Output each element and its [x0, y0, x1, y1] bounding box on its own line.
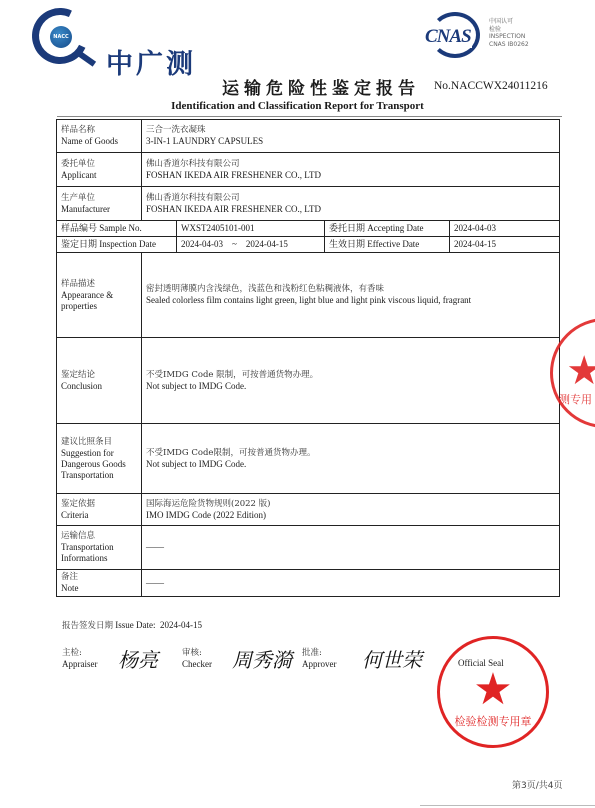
row-conclusion: 鉴定结论 Conclusion 不受IMDG Code 限制，可按普通货物办理。… [57, 338, 560, 424]
label-cn: 备注 [61, 572, 137, 583]
issue-date: 报告签发日期 Issue Date: 2024-04-15 [62, 619, 202, 631]
report-table: 样品名称 Name of Goods 三合一洗衣凝珠 3-IN-1 LAUNDR… [56, 119, 560, 597]
footer-divider [420, 805, 595, 806]
row-note: 备注 Note —— [57, 570, 560, 597]
label-cell: 鉴定依据 Criteria [57, 494, 142, 526]
label-cn: 建议比照条目 [61, 437, 137, 448]
applicant-cn: 佛山香道尔科技有限公司 [146, 159, 555, 170]
label-cell: 委托单位 Applicant [57, 153, 142, 187]
label-cn: 委托单位 [61, 159, 137, 170]
applicant-en: FOSHAN IKEDA AIR FRESHENER CO., LTD [146, 170, 555, 181]
label-en: properties [61, 301, 137, 312]
label-en: Note [61, 583, 137, 594]
checker-signature: 周秀漪 [232, 644, 292, 673]
cnas-line: 中国认可 [489, 18, 529, 26]
goods-name-cn: 三合一洗衣凝珠 [146, 125, 555, 136]
label-en: Conclusion [61, 381, 137, 392]
sample-no-value: WXST2405101-001 [177, 221, 325, 237]
appearance-en: Sealed colorless film contains light gre… [146, 295, 555, 306]
accepting-date-value: 2024-04-03 [450, 221, 560, 237]
row-sample-no: 样品编号 Sample No. WXST2405101-001 委托日期 Acc… [57, 221, 560, 237]
inspection-date-from: 2024-04-03 [181, 239, 223, 249]
label-cell: 生产单位 Manufacturer [57, 187, 142, 221]
label-cn: 生产单位 [61, 193, 137, 204]
cnas-logo: CNAS 中国认可 检验 INSPECTION CNAS IB0262 [422, 10, 552, 60]
appraiser-label: 主检: Appraiser [62, 648, 98, 670]
issue-date-label-en: Issue Date: [115, 620, 155, 630]
cnas-line: INSPECTION [489, 33, 529, 41]
approver-label: 批准: Approver [302, 648, 337, 670]
inspection-date-value: 2024-04-03 ~ 2024-04-15 [177, 237, 325, 253]
criteria-cn: 国际海运危险货物规则(2022 版) [146, 499, 555, 510]
value-cell: 不受IMDG Code 限制，可按普通货物办理。 Not subject to … [142, 338, 560, 424]
label-en: Suggestion for [61, 448, 137, 459]
label-cn: 鉴定依据 [61, 499, 137, 510]
note-value: —— [142, 570, 560, 597]
suggestion-en: Not subject to IMDG Code. [146, 459, 555, 470]
appearance-cn: 密封透明薄膜内含浅绿色，浅蓝色和浅粉红色粘稠液体，有香味 [146, 284, 555, 295]
suggestion-cn: 不受IMDG Code限制，可按普通货物办理。 [146, 448, 555, 459]
label-en: Appraiser [62, 659, 98, 669]
label-en: Informations [61, 553, 137, 564]
page-number: 第3页/共4页 [512, 778, 563, 791]
label-cell: 建议比照条目 Suggestion for Dangerous Goods Tr… [57, 424, 142, 494]
label-en: Dangerous Goods [61, 459, 137, 470]
row-appearance: 样品描述 Appearance & properties 密封透明薄膜内含浅绿色… [57, 253, 560, 338]
cnas-mark: CNAS [424, 26, 472, 48]
report-number: No.NACCWX24011216 [434, 80, 548, 92]
label-cn: 运输信息 [61, 531, 137, 542]
label-en: Criteria [61, 510, 137, 521]
conclusion-en: Not subject to IMDG Code. [146, 381, 555, 392]
cnas-meta: 中国认可 检验 INSPECTION CNAS IB0262 [489, 18, 529, 48]
label-en: Applicant [61, 170, 137, 181]
label-cell: 样品名称 Name of Goods [57, 120, 142, 153]
label-cn: 批准: [302, 648, 337, 659]
cnas-line: CNAS IB0262 [489, 41, 529, 49]
official-seal-label: Official Seal [458, 658, 504, 668]
row-suggestion: 建议比照条目 Suggestion for Dangerous Goods Tr… [57, 424, 560, 494]
label-cn: 鉴定结论 [61, 370, 137, 381]
value-cell: 佛山香道尔科技有限公司 FOSHAN IKEDA AIR FRESHENER C… [142, 187, 560, 221]
label-en: Manufacturer [61, 204, 137, 215]
effective-date-value: 2024-04-15 [450, 237, 560, 253]
manufacturer-cn: 佛山香道尔科技有限公司 [146, 193, 555, 204]
cnas-line: 检验 [489, 26, 529, 34]
row-name-of-goods: 样品名称 Name of Goods 三合一洗衣凝珠 3-IN-1 LAUNDR… [57, 120, 560, 153]
issue-date-label-cn: 报告签发日期 [62, 621, 113, 631]
date-range-separator: ~ [232, 239, 237, 249]
label-en: Checker [182, 659, 212, 669]
appraiser-signature: 杨亮 [118, 644, 158, 673]
label-cell: 鉴定日期 Inspection Date [57, 237, 177, 253]
label-cn: 样品名称 [61, 125, 137, 136]
value-cell: 佛山香道尔科技有限公司 FOSHAN IKEDA AIR FRESHENER C… [142, 153, 560, 187]
star-icon: ★ [566, 347, 595, 394]
approver-signature: 何世荣 [362, 644, 422, 673]
label-en: Approver [302, 659, 337, 669]
transportation-info-value: —— [142, 526, 560, 570]
value-cell: 三合一洗衣凝珠 3-IN-1 LAUNDRY CAPSULES [142, 120, 560, 153]
nacc-logo: NACC 中广测 [28, 6, 208, 68]
label-cell: 备注 Note [57, 570, 142, 597]
official-seal: ★ 检验检测专用章 [437, 636, 549, 748]
row-criteria: 鉴定依据 Criteria 国际海运危险货物规则(2022 版) IMO IMD… [57, 494, 560, 526]
conclusion-cn: 不受IMDG Code 限制，可按普通货物办理。 [146, 370, 555, 381]
inspection-date-to: 2024-04-15 [246, 239, 288, 249]
report-title-cn: 运输危险性鉴定报告 [222, 74, 420, 99]
label-cn: 审核: [182, 648, 212, 659]
value-cell: 国际海运危险货物规则(2022 版) IMO IMDG Code (2022 E… [142, 494, 560, 526]
row-transportation-info: 运输信息 Transportation Informations —— [57, 526, 560, 570]
value-cell: 不受IMDG Code限制，可按普通货物办理。 Not subject to I… [142, 424, 560, 494]
label-cell: 生效日期 Effective Date [325, 237, 450, 253]
label-en: Name of Goods [61, 136, 137, 147]
row-manufacturer: 生产单位 Manufacturer 佛山香道尔科技有限公司 FOSHAN IKE… [57, 187, 560, 221]
goods-name-en: 3-IN-1 LAUNDRY CAPSULES [146, 136, 555, 147]
row-applicant: 委托单位 Applicant 佛山香道尔科技有限公司 FOSHAN IKEDA … [57, 153, 560, 187]
star-icon: ★ [473, 664, 512, 715]
label-cn: 主检: [62, 648, 98, 659]
value-cell: 密封透明薄膜内含浅绿色，浅蓝色和浅粉红色粘稠液体，有香味 Sealed colo… [142, 253, 560, 338]
manufacturer-en: FOSHAN IKEDA AIR FRESHENER CO., LTD [146, 204, 555, 215]
header-divider [57, 116, 562, 117]
criteria-en: IMO IMDG Code (2022 Edition) [146, 510, 555, 521]
seal-text: 测专用 [553, 391, 595, 407]
label-en: Transportation [61, 542, 137, 553]
label-cell: 运输信息 Transportation Informations [57, 526, 142, 570]
issue-date-value: 2024-04-15 [160, 620, 202, 630]
magnifier-handle-icon [78, 51, 96, 66]
row-inspection-date: 鉴定日期 Inspection Date 2024-04-03 ~ 2024-0… [57, 237, 560, 253]
label-cell: 样品编号 Sample No. [57, 221, 177, 237]
seal-text: 检验检测专用章 [440, 713, 546, 729]
label-cell: 委托日期 Accepting Date [325, 221, 450, 237]
label-cell: 样品描述 Appearance & properties [57, 253, 142, 338]
nacc-brand-name: 中广测 [106, 42, 196, 81]
checker-label: 审核: Checker [182, 648, 212, 670]
label-cell: 鉴定结论 Conclusion [57, 338, 142, 424]
report-title-en: Identification and Classification Report… [0, 100, 595, 112]
label-en: Appearance & [61, 290, 137, 301]
label-cn: 样品描述 [61, 279, 137, 290]
label-en: Transportation [61, 470, 137, 481]
nacc-badge: NACC [50, 26, 72, 48]
